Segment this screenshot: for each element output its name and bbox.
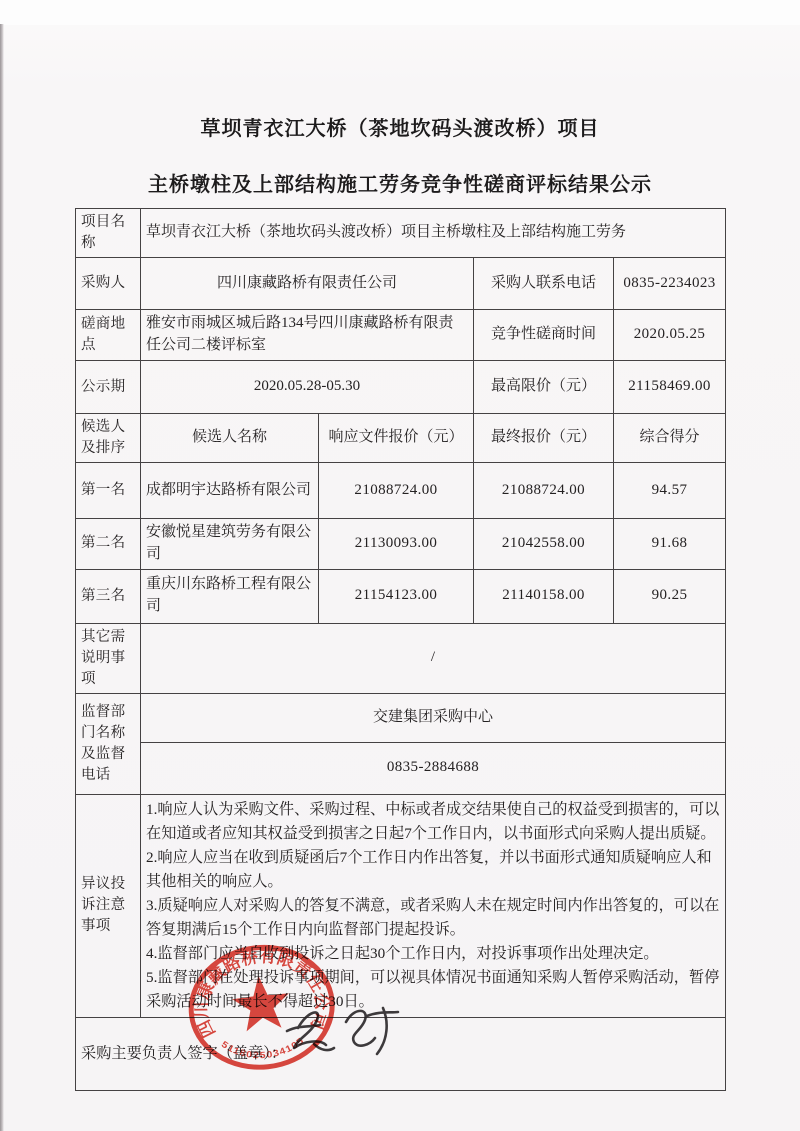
supervision-phone-value: 0835-2884688 bbox=[141, 742, 726, 794]
project-name-label: 项目名称 bbox=[76, 209, 141, 258]
purchaser-phone-label: 采购人联系电话 bbox=[474, 258, 614, 310]
supervision-label: 监督部门名称及监督电话 bbox=[76, 693, 141, 794]
row-objection: 异议投诉注意事项 1.响应人认为采购文件、采购过程、中标或者成交结果使自己的权益… bbox=[76, 794, 726, 1017]
row-supervision-name: 监督部门名称及监督电话 交建集团采购中心 bbox=[76, 693, 726, 742]
candidates-doc-price-header: 响应文件报价（元） bbox=[319, 414, 474, 463]
candidate-3-rank: 第三名 bbox=[76, 569, 141, 623]
purchaser-phone-value: 0835-2234023 bbox=[614, 258, 726, 310]
candidate-3-score: 90.25 bbox=[614, 569, 726, 623]
row-project-name: 项目名称 草坝青衣江大桥（茶地坎码头渡改桥）项目主桥墩柱及上部结构施工劳务 bbox=[76, 209, 726, 258]
candidate-row-2: 第二名 安徽悦星建筑劳务有限公司 21130093.00 21042558.00… bbox=[76, 519, 726, 570]
candidate-1-name: 成都明宇达路桥有限公司 bbox=[141, 463, 319, 519]
row-purchaser: 采购人 四川康藏路桥有限责任公司 采购人联系电话 0835-2234023 bbox=[76, 258, 726, 310]
candidate-2-doc-price: 21130093.00 bbox=[319, 519, 474, 570]
candidates-score-header: 综合得分 bbox=[614, 414, 726, 463]
negotiation-time-value: 2020.05.25 bbox=[614, 310, 726, 361]
candidate-2-final-price: 21042558.00 bbox=[474, 519, 614, 570]
candidates-name-header: 候选人名称 bbox=[141, 414, 319, 463]
candidate-1-final-price: 21088724.00 bbox=[474, 463, 614, 519]
max-price-label: 最高限价（元） bbox=[474, 361, 614, 414]
candidate-2-name: 安徽悦星建筑劳务有限公司 bbox=[141, 519, 319, 570]
venue-value: 雅安市雨城区城后路134号四川康藏路桥有限责任公司二楼评标室 bbox=[141, 310, 474, 361]
project-name-value: 草坝青衣江大桥（茶地坎码头渡改桥）项目主桥墩柱及上部结构施工劳务 bbox=[141, 209, 726, 258]
document-title-line2: 主桥墩柱及上部结构施工劳务竞争性磋商评标结果公示 bbox=[0, 168, 800, 197]
candidate-1-doc-price: 21088724.00 bbox=[319, 463, 474, 519]
row-other-notes: 其它需说明事项 / bbox=[76, 623, 726, 693]
objection-item-3: 3.质疑响应人对采购人的答复不满意，或者采购人未在规定时间内作出答复的，可以在答… bbox=[146, 894, 720, 942]
other-notes-label: 其它需说明事项 bbox=[76, 623, 141, 693]
candidate-row-1: 第一名 成都明宇达路桥有限公司 21088724.00 21088724.00 … bbox=[76, 463, 726, 519]
candidate-1-rank: 第一名 bbox=[76, 463, 141, 519]
scan-edge-top bbox=[0, 0, 800, 25]
bid-result-table: 项目名称 草坝青衣江大桥（茶地坎码头渡改桥）项目主桥墩柱及上部结构施工劳务 采购… bbox=[75, 208, 726, 1091]
candidate-row-3: 第三名 重庆川东路桥工程有限公司 21154123.00 21140158.00… bbox=[76, 569, 726, 623]
publicity-period-value: 2020.05.28-05.30 bbox=[141, 361, 474, 414]
row-signature: 采购主要负责人签字（盖章）： bbox=[76, 1017, 726, 1090]
max-price-value: 21158469.00 bbox=[614, 361, 726, 414]
signature-label: 采购主要负责人签字（盖章）： bbox=[81, 1045, 286, 1062]
candidate-2-rank: 第二名 bbox=[76, 519, 141, 570]
candidate-3-final-price: 21140158.00 bbox=[474, 569, 614, 623]
negotiation-time-label: 竞争性磋商时间 bbox=[474, 310, 614, 361]
objection-item-1: 1.响应人认为采购文件、采购过程、中标或者成交结果使自己的权益受到损害的，可以在… bbox=[146, 798, 720, 846]
candidate-3-name: 重庆川东路桥工程有限公司 bbox=[141, 569, 319, 623]
objection-label: 异议投诉注意事项 bbox=[76, 794, 141, 1017]
row-supervision-phone: 0835-2884688 bbox=[76, 742, 726, 794]
venue-label: 磋商地点 bbox=[76, 310, 141, 361]
purchaser-value: 四川康藏路桥有限责任公司 bbox=[141, 258, 474, 310]
other-notes-value: / bbox=[141, 623, 726, 693]
purchaser-label: 采购人 bbox=[76, 258, 141, 310]
candidates-header-row: 候选人及排序 候选人名称 响应文件报价（元） 最终报价（元） 综合得分 bbox=[76, 414, 726, 463]
signature-cell: 采购主要负责人签字（盖章）： bbox=[76, 1017, 726, 1090]
supervision-name-value: 交建集团采购中心 bbox=[141, 693, 726, 742]
objection-item-5: 5.监督部门在处理投诉事项期间，可以视具体情况书面通知采购人暂停采购活动，暂停采… bbox=[146, 966, 720, 1014]
candidates-final-price-header: 最终报价（元） bbox=[474, 414, 614, 463]
candidates-rank-header: 候选人及排序 bbox=[76, 414, 141, 463]
candidate-1-score: 94.57 bbox=[614, 463, 726, 519]
objection-item-4: 4.监督部门应当自收到投诉之日起30个工作日内，对投诉事项作出处理决定。 bbox=[146, 942, 720, 966]
row-publicity-period: 公示期 2020.05.28-05.30 最高限价（元） 21158469.00 bbox=[76, 361, 726, 414]
scanned-document-page: 草坝青衣江大桥（茶地坎码头渡改桥）项目 主桥墩柱及上部结构施工劳务竞争性磋商评标… bbox=[0, 0, 800, 1131]
row-venue: 磋商地点 雅安市雨城区城后路134号四川康藏路桥有限责任公司二楼评标室 竞争性磋… bbox=[76, 310, 726, 361]
publicity-period-label: 公示期 bbox=[76, 361, 141, 414]
objection-text-cell: 1.响应人认为采购文件、采购过程、中标或者成交结果使自己的权益受到损害的，可以在… bbox=[141, 794, 726, 1017]
candidate-2-score: 91.68 bbox=[614, 519, 726, 570]
document-title-line1: 草坝青衣江大桥（茶地坎码头渡改桥）项目 bbox=[0, 112, 800, 141]
candidate-3-doc-price: 21154123.00 bbox=[319, 569, 474, 623]
objection-item-2: 2.响应人应当在收到质疑函后7个工作日内作出答复，并以书面形式通知质疑响应人和其… bbox=[146, 846, 720, 894]
